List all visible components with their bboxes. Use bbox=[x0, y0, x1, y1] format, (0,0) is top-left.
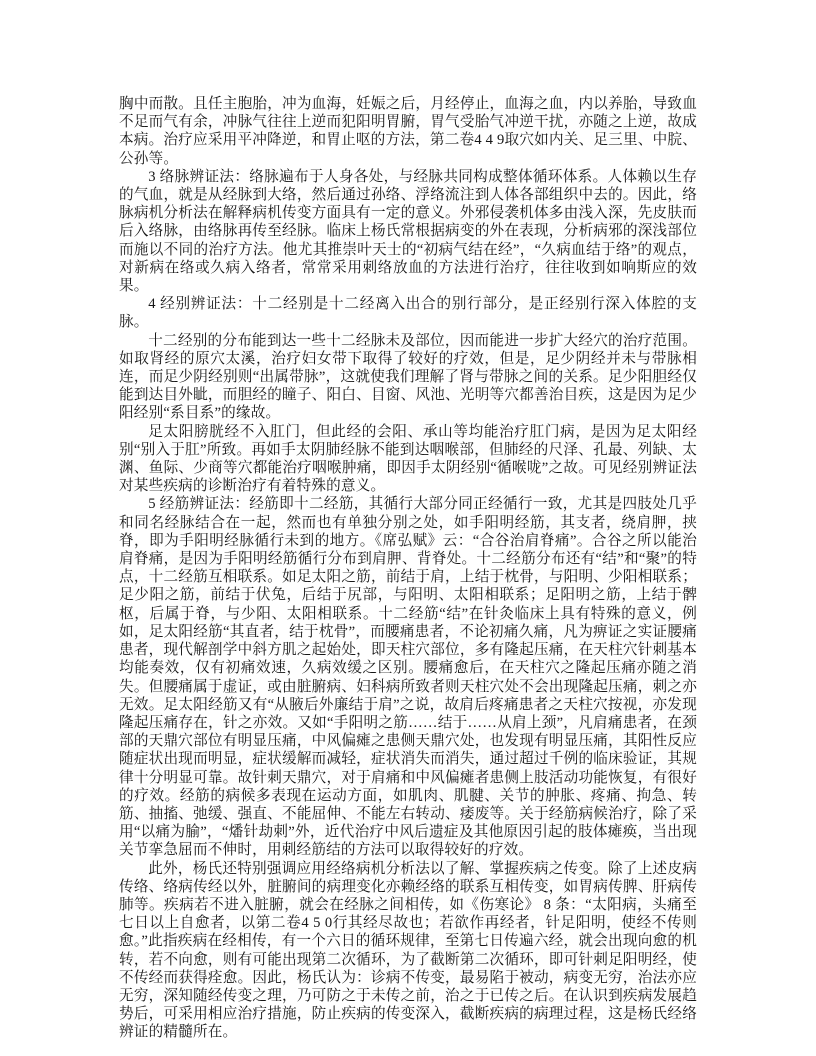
paragraph: 足太阳膀胱经不入肛门，但此经的会阳、承山等均能治疗肛门病，是因为足太阳经别“别入… bbox=[119, 423, 697, 496]
paragraph: 5 经筋辨证法：经筋即十二经筋，其循行大部分同正经循行一致，尤其是四肢处几乎和同… bbox=[119, 495, 697, 859]
paragraph: 4 经别辨证法：十二经别是十二经离入出合的别行部分，是正经别行深入体腔的支脉。 bbox=[119, 295, 697, 331]
paragraph: 此外，杨氏还特别强调应用经络病机分析法以了解、掌握疾病之传变。除了上述皮病传络、… bbox=[119, 860, 697, 1042]
paragraph: 3 络脉辨证法：络脉遍布于人身各处，与经脉共同构成整体循环体系。人体赖以生存的气… bbox=[119, 168, 697, 295]
paragraph: 胸中而散。且任主胞胎，冲为血海，妊娠之后，月经停止，血海之血，内以养胎，导致血不… bbox=[119, 95, 697, 168]
paragraph: 十二经别的分布能到达一些十二经脉未及部位，因而能进一步扩大经穴的治疗范围。如取肾… bbox=[119, 332, 697, 423]
text-column: 胸中而散。且任主胞胎，冲为血海，妊娠之后，月经停止，血海之血，内以养胎，导致血不… bbox=[119, 95, 697, 1042]
document-page: 胸中而散。且任主胞胎，冲为血海，妊娠之后，月经停止，血海之血，内以养胎，导致血不… bbox=[0, 0, 816, 1056]
